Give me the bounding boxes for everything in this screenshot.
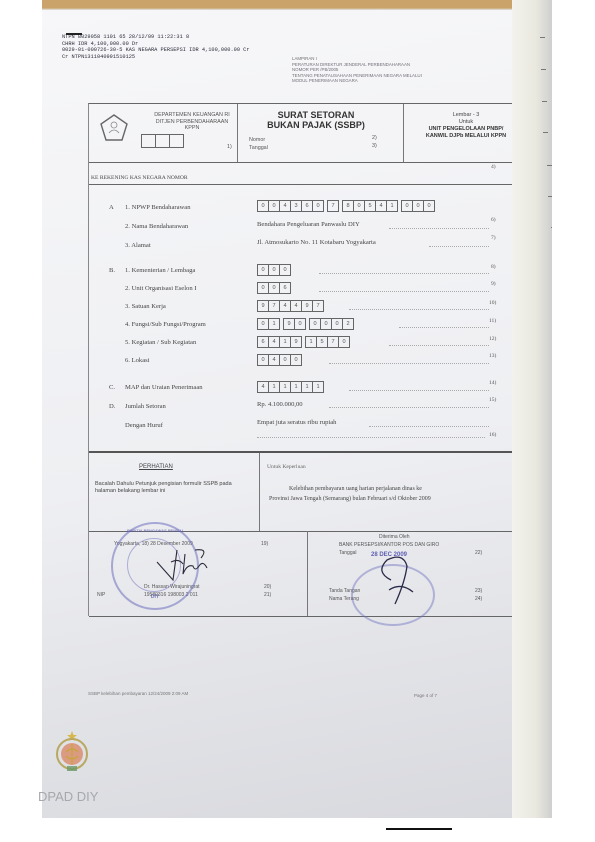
npwp-boxes: 004360780541000 bbox=[257, 200, 438, 212]
divider bbox=[403, 104, 404, 162]
divider bbox=[259, 453, 260, 531]
dotted-line bbox=[389, 228, 489, 229]
divider bbox=[237, 104, 238, 162]
dotted-line bbox=[349, 390, 489, 391]
paper-stack-edge bbox=[512, 0, 552, 818]
ref-number: 11) bbox=[489, 318, 496, 324]
ref-number: 23) bbox=[475, 588, 482, 594]
section-letter: D. bbox=[109, 403, 115, 410]
ref-number: 10) bbox=[489, 300, 496, 306]
field-label: Dengan Huruf bbox=[125, 422, 163, 429]
edge-mark bbox=[543, 132, 548, 133]
nomor-label: Nomor bbox=[249, 137, 265, 143]
ref-number: 2) bbox=[372, 135, 377, 141]
keperluan-text: Kelebihan pembayaran uang harian perjala… bbox=[289, 486, 422, 492]
validation-line: NTPN 8029058 1101 65 28/12/09 11:22:31 8 bbox=[62, 34, 250, 41]
digit-group: 974497 bbox=[257, 300, 323, 312]
edge-mark bbox=[541, 69, 546, 70]
kementerian-boxes: 000 bbox=[257, 264, 294, 276]
digit-group: 411111 bbox=[257, 381, 323, 393]
kegiatan-boxes: 64191570 bbox=[257, 336, 353, 348]
digit-box: 0 bbox=[338, 336, 350, 348]
perhatian-title: PERHATIAN bbox=[139, 464, 173, 470]
ref-number: 1) bbox=[227, 144, 232, 150]
signature-right-icon bbox=[369, 552, 429, 608]
digit-group: 0002 bbox=[309, 318, 353, 330]
ref-number: 6) bbox=[491, 217, 496, 223]
dotted-line bbox=[349, 309, 489, 310]
field-label: NPWP Bendaharawan bbox=[132, 204, 191, 211]
digit-group: 000 bbox=[401, 200, 434, 212]
keperluan-label: Untuk Keperluan bbox=[267, 464, 306, 470]
department-name: DEPARTEMEN KEUANGAN RI DITJEN PERBENDAHA… bbox=[137, 112, 247, 132]
edge-mark bbox=[542, 101, 547, 102]
ref-number: 9) bbox=[491, 281, 496, 287]
alamat-value: Jl. Atmosukarto No. 11 Kotabaru Yogyakar… bbox=[257, 239, 376, 246]
ref-number: 8) bbox=[491, 264, 496, 270]
digit-group: 90 bbox=[283, 318, 305, 330]
ssbp-form: DEPARTEMEN KEUANGAN RI DITJEN PERBENDAHA… bbox=[88, 103, 525, 616]
underline-mark bbox=[386, 828, 452, 830]
validation-line: 0029-01-000726-30-5 KAS NEGARA PERSEPSI … bbox=[62, 47, 250, 54]
validation-line: Cr NTPN1311040991510125 bbox=[62, 54, 250, 61]
field-label: Alamat bbox=[131, 242, 150, 249]
digit-box: 7 bbox=[312, 300, 324, 312]
ref-number: 12) bbox=[489, 336, 496, 342]
scanned-photo: NTPN 8029058 1101 65 28/12/09 11:22:31 8… bbox=[42, 0, 552, 818]
divider bbox=[307, 531, 308, 616]
dotted-line bbox=[429, 246, 489, 247]
kppn-box bbox=[170, 134, 184, 148]
ref-number: 14) bbox=[489, 380, 496, 386]
kppn-box bbox=[141, 134, 156, 148]
edge-mark bbox=[551, 227, 552, 228]
bank-label: BANK PERSEPSI/KANTOR POS DAN GIRO bbox=[339, 542, 439, 548]
ref-number: 20) bbox=[264, 584, 271, 590]
digit-box: 1 bbox=[386, 200, 398, 212]
tanggal-label: Tanggal bbox=[249, 145, 268, 151]
dotted-line bbox=[329, 363, 489, 364]
digit-group: 1570 bbox=[305, 336, 349, 348]
diterima-label: Diterima Oleh bbox=[379, 534, 410, 540]
dotted-line bbox=[399, 327, 489, 328]
ref-number: 4) bbox=[491, 164, 496, 170]
ref-number: 3) bbox=[372, 143, 377, 149]
kppn-box bbox=[156, 134, 170, 148]
divider bbox=[89, 184, 525, 185]
digit-box: 1 bbox=[268, 318, 280, 330]
marker-dash bbox=[66, 33, 82, 35]
nip-label: NIP bbox=[97, 592, 105, 598]
lokasi-boxes: 0400 bbox=[257, 354, 305, 366]
keperluan-text: Provinsi Jawa Tengah (Semarang) bulan Fe… bbox=[269, 496, 431, 502]
rekening-label: KE REKENING KAS NEGARA NOMOR bbox=[91, 175, 188, 181]
terbilang-value: Empat juta seratus ribu rupiah bbox=[257, 419, 336, 426]
digit-group: 7 bbox=[327, 200, 338, 212]
dotted-line bbox=[389, 345, 489, 346]
digit-box: 2 bbox=[342, 318, 354, 330]
watermark-label: DPAD DIY bbox=[38, 789, 98, 804]
digit-box: 1 bbox=[312, 381, 324, 393]
field-label: MAP dan Uraian Penerimaan bbox=[125, 384, 203, 391]
dotted-line bbox=[369, 426, 489, 427]
ref-number: 16) bbox=[489, 432, 496, 438]
digit-box: 7 bbox=[327, 200, 339, 212]
digit-group: 01 bbox=[257, 318, 279, 330]
divider bbox=[89, 162, 525, 163]
digit-box: 9 bbox=[290, 336, 302, 348]
field-label: Fungsi/Sub Fungsi/Program bbox=[132, 321, 206, 328]
ssbp-form-page: NTPN 8029058 1101 65 28/12/09 11:22:31 8… bbox=[42, 10, 512, 818]
field-label: Kementerian / Lembaga bbox=[132, 267, 196, 274]
digit-box: 0 bbox=[312, 200, 324, 212]
field-label: Kegiatan / Sub Kegiatan bbox=[132, 339, 197, 346]
digit-box: 6 bbox=[279, 282, 291, 294]
dotted-line bbox=[319, 273, 489, 274]
digit-box: 0 bbox=[294, 318, 306, 330]
edge-mark bbox=[548, 196, 552, 197]
ref-number: 22) bbox=[475, 550, 482, 556]
nama-bendaharawan-value: Bendahara Pengeluaran Panwaslu DIY bbox=[257, 221, 360, 228]
kppn-code-boxes bbox=[141, 134, 184, 148]
seal-text: PANITIA PENGAWAS PEMILU bbox=[113, 528, 197, 533]
digit-group: 6419 bbox=[257, 336, 301, 348]
satker-boxes: 974497 bbox=[257, 300, 327, 312]
map-boxes: 411111 bbox=[257, 381, 327, 393]
ref-number: 19) bbox=[261, 541, 268, 547]
bank-validation-print: NTPN 8029058 1101 65 28/12/09 11:22:31 8… bbox=[62, 34, 250, 60]
dotted-line bbox=[319, 291, 489, 292]
fungsi-boxes: 01900002 bbox=[257, 318, 357, 330]
field-label: Nama Bendaharawan bbox=[132, 223, 189, 230]
section-letter: C. bbox=[109, 384, 115, 391]
digit-group: 006 bbox=[257, 282, 290, 294]
ref-number: 21) bbox=[264, 592, 271, 598]
jumlah-setoran-value: Rp. 4.100.000,00 bbox=[257, 401, 303, 408]
divider bbox=[89, 451, 525, 453]
page-indicator: Page 4 of 7 bbox=[414, 693, 437, 698]
signature-left-icon bbox=[149, 544, 219, 584]
field-label: Jumlah Setoran bbox=[125, 403, 166, 410]
digit-group: 80541 bbox=[342, 200, 397, 212]
lembar-info: Lembar - 3 Untuk UNIT PENGELOLAAN PNBP/ … bbox=[407, 112, 525, 140]
seal-region: DIY bbox=[113, 594, 197, 600]
digit-group: 0400 bbox=[257, 354, 301, 366]
validation-line: CHRH IDR 4,100,000.00 Dr bbox=[62, 41, 250, 48]
digit-box: 0 bbox=[290, 354, 302, 366]
ref-number: 13) bbox=[489, 353, 496, 359]
divider bbox=[89, 616, 525, 617]
edge-mark bbox=[540, 37, 545, 38]
diy-emblem-icon bbox=[54, 730, 90, 774]
dotted-line bbox=[329, 407, 489, 408]
lampiran-line: MODUL PENERIMAAN NEGARA bbox=[292, 78, 422, 84]
ref-number: 24) bbox=[475, 596, 482, 602]
section-letter: A bbox=[109, 204, 114, 211]
digit-box: 0 bbox=[423, 200, 435, 212]
digit-box: 0 bbox=[279, 264, 291, 276]
ministry-logo-icon bbox=[99, 113, 129, 143]
field-label: Satuan Kerja bbox=[132, 303, 166, 310]
print-footer-left: SSBP kelebihan pembayaran 12/24/2009 2:0… bbox=[88, 691, 188, 696]
field-label: Lokasi bbox=[132, 357, 150, 364]
ref-number: 15) bbox=[489, 397, 496, 403]
edge-mark bbox=[547, 165, 552, 166]
ref-number: 7) bbox=[491, 235, 496, 241]
field-label: Unit Organisasi Eselon I bbox=[132, 285, 197, 292]
perhatian-text: Bacalah Dahulu Petunjuk pengisian formul… bbox=[95, 481, 245, 495]
lampiran-reference: LAMPIRAN I PERATURAN DIREKTUR JENDERAL P… bbox=[292, 56, 422, 84]
eselon-boxes: 006 bbox=[257, 282, 294, 294]
section-letter: B. bbox=[109, 267, 115, 274]
digit-group: 000 bbox=[257, 264, 290, 276]
form-title: SURAT SETORAN BUKAN PAJAK (SSBP) bbox=[241, 110, 391, 130]
dotted-line bbox=[257, 437, 485, 438]
digit-group: 004360 bbox=[257, 200, 323, 212]
tanggal-label: Tanggal bbox=[339, 550, 357, 556]
